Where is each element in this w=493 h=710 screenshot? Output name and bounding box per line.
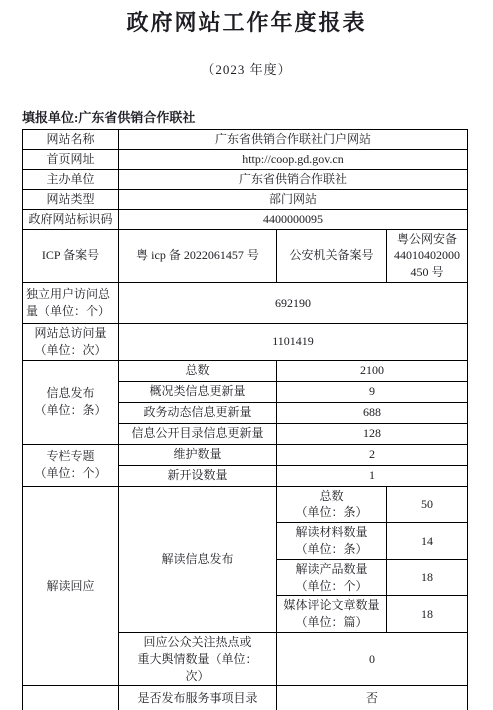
police-filing-value: 粤公网安备 44010402000 450 号 bbox=[387, 229, 468, 282]
disclosure-catalog-updates-label: 信息公开目录信息更新量 bbox=[119, 423, 277, 444]
table-row: 独立用户访问总 量（单位：个） 692190 bbox=[23, 282, 468, 323]
new-opened-count-value: 1 bbox=[277, 465, 468, 486]
unique-visitors-value: 692190 bbox=[119, 282, 468, 323]
homepage-url-value: http://coop.gd.gov.cn bbox=[119, 149, 468, 169]
interpretation-products-value: 18 bbox=[387, 559, 468, 596]
site-name-value: 广东省供销合作联社门户网站 bbox=[119, 129, 468, 149]
page-subtitle: （2023 年度） bbox=[0, 59, 493, 78]
overview-updates-value: 9 bbox=[277, 381, 468, 402]
icp-filing-label: ICP 备案号 bbox=[23, 229, 119, 282]
gov-news-updates-value: 688 bbox=[277, 402, 468, 423]
maintained-count-value: 2 bbox=[277, 444, 468, 465]
site-id-value: 4400000095 bbox=[119, 209, 468, 229]
empty-cell bbox=[23, 686, 119, 710]
disclosure-catalog-updates-value: 128 bbox=[277, 423, 468, 444]
table-row: 解读回应 解读信息发布 总数 （单位：条） 50 bbox=[23, 486, 468, 523]
info-publish-total-value: 2100 bbox=[277, 360, 468, 381]
table-row: ICP 备案号 粤 icp 备 2022061457 号 公安机关备案号 粤公网… bbox=[23, 229, 468, 282]
table-row: 网站总访问量 （单位：次） 1101419 bbox=[23, 323, 468, 360]
unique-visitors-label: 独立用户访问总 量（单位：个） bbox=[23, 282, 119, 323]
site-name-label: 网站名称 bbox=[23, 129, 119, 149]
hotspot-response-value: 0 bbox=[277, 632, 468, 685]
interpretation-products-label: 解读产品数量 （单位：个） bbox=[277, 559, 387, 596]
service-catalog-value: 否 bbox=[277, 686, 468, 710]
table-row: 专栏专题 （单位：个） 维护数量 2 bbox=[23, 444, 468, 465]
info-publish-total-label: 总数 bbox=[119, 360, 277, 381]
icp-filing-value: 粤 icp 备 2022061457 号 bbox=[119, 229, 277, 282]
interpretation-total-label: 总数 （单位：条） bbox=[277, 486, 387, 523]
interpretation-materials-label: 解读材料数量 （单位：条） bbox=[277, 523, 387, 560]
site-type-value: 部门网站 bbox=[119, 189, 468, 209]
overview-updates-label: 概况类信息更新量 bbox=[119, 381, 277, 402]
reporting-unit: 填报单位:广东省供销合作联社 bbox=[22, 107, 493, 126]
homepage-url-label: 首页网址 bbox=[23, 149, 119, 169]
media-commentary-value: 18 bbox=[387, 596, 468, 633]
maintained-count-label: 维护数量 bbox=[119, 444, 277, 465]
table-row: 是否发布服务事项目录 否 bbox=[23, 686, 468, 710]
gov-news-updates-label: 政务动态信息更新量 bbox=[119, 402, 277, 423]
table-row: 主办单位 广东省供销合作联社 bbox=[23, 169, 468, 189]
annual-report-table: 网站名称 广东省供销合作联社门户网站 首页网址 http://coop.gd.g… bbox=[22, 129, 468, 710]
new-opened-count-label: 新开设数量 bbox=[119, 465, 277, 486]
table-row: 网站名称 广东省供销合作联社门户网站 bbox=[23, 129, 468, 149]
service-catalog-label: 是否发布服务事项目录 bbox=[119, 686, 277, 710]
page-title: 政府网站工作年度报表 bbox=[0, 0, 493, 38]
total-visits-label: 网站总访问量 （单位：次） bbox=[23, 323, 119, 360]
site-id-label: 政府网站标识码 bbox=[23, 209, 119, 229]
police-filing-label: 公安机关备案号 bbox=[277, 229, 387, 282]
interpretation-materials-value: 14 bbox=[387, 523, 468, 560]
report-page: 政府网站工作年度报表 （2023 年度） 填报单位:广东省供销合作联社 网站名称… bbox=[0, 0, 493, 710]
interpretation-section-label: 解读回应 bbox=[23, 486, 119, 686]
table-row: 首页网址 http://coop.gd.gov.cn bbox=[23, 149, 468, 169]
table-row: 政府网站标识码 4400000095 bbox=[23, 209, 468, 229]
interpretation-publish-label: 解读信息发布 bbox=[119, 486, 277, 632]
hotspot-response-label: 回应公众关注热点或 重大舆情数量（单位： 次） bbox=[119, 632, 277, 685]
organizer-label: 主办单位 bbox=[23, 169, 119, 189]
info-publish-section-label: 信息发布 （单位：条） bbox=[23, 360, 119, 444]
columns-topics-section-label: 专栏专题 （单位：个） bbox=[23, 444, 119, 486]
interpretation-total-value: 50 bbox=[387, 486, 468, 523]
organizer-value: 广东省供销合作联社 bbox=[119, 169, 468, 189]
site-type-label: 网站类型 bbox=[23, 189, 119, 209]
table-row: 网站类型 部门网站 bbox=[23, 189, 468, 209]
media-commentary-label: 媒体评论文章数量 （单位：篇） bbox=[277, 596, 387, 633]
table-row: 信息发布 （单位：条） 总数 2100 bbox=[23, 360, 468, 381]
total-visits-value: 1101419 bbox=[119, 323, 468, 360]
